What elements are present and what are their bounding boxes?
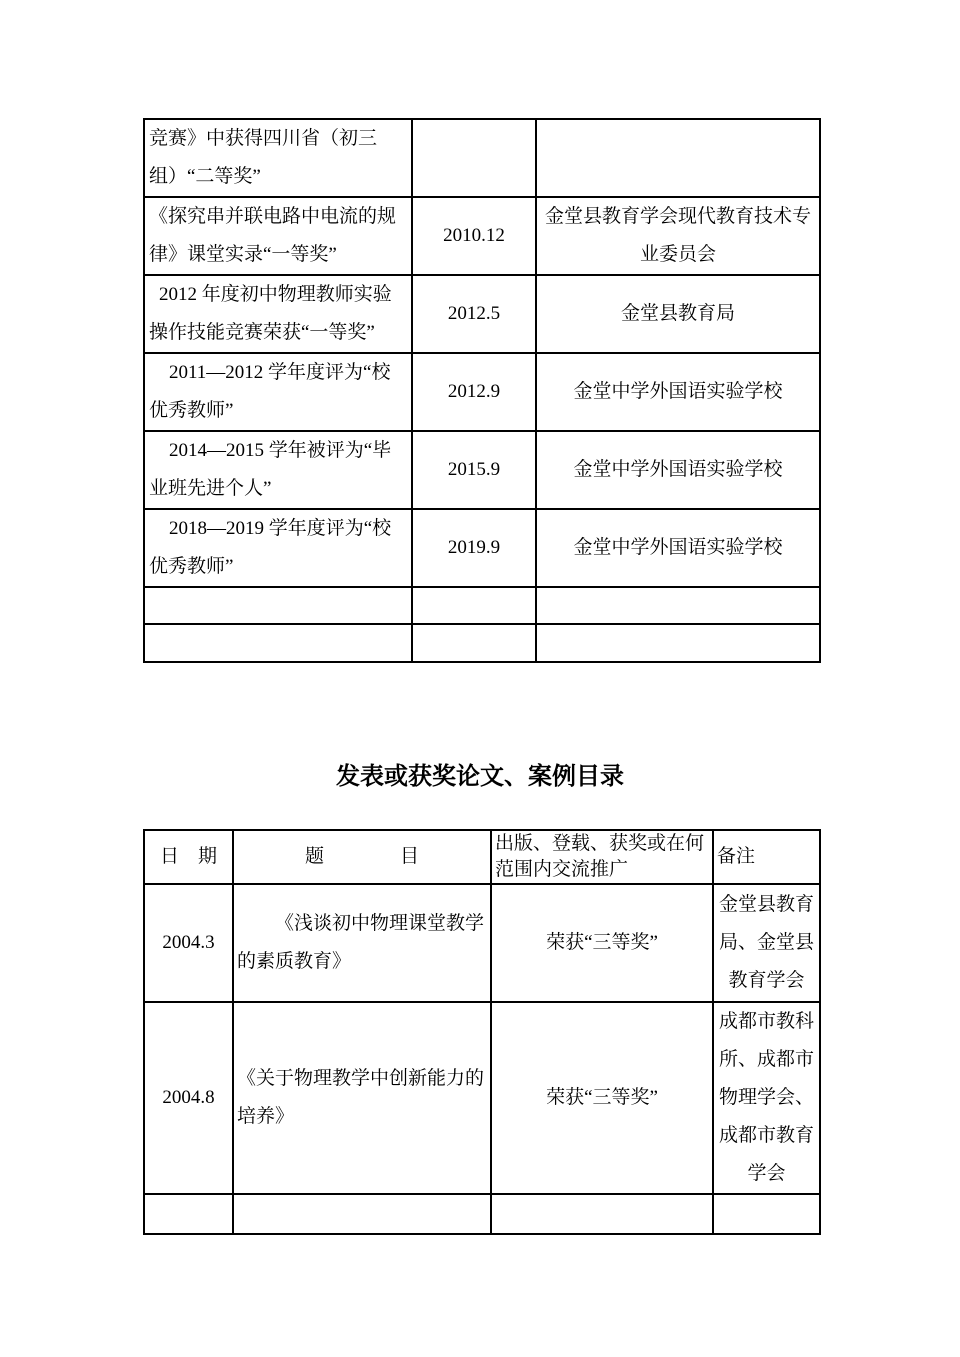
papers-row [144, 1194, 820, 1234]
awards-row [144, 624, 820, 662]
paper-note-cell: 金堂县教育 局、金堂县 教育学会 [713, 884, 820, 1002]
papers-header-row: 日 期 题 目 出版、登载、获奖或在何 范围内交流推广 备注 [144, 830, 820, 884]
award-date-cell: 2010.12 [412, 197, 536, 275]
papers-table: 日 期 题 目 出版、登载、获奖或在何 范围内交流推广 备注 2004.3 《浅… [143, 829, 821, 1235]
award-title-cell: 竞赛》中获得四川省（初三 组）“二等奖” [144, 119, 412, 197]
award-title-cell [144, 587, 412, 624]
paper-title-cell: 《浅谈初中物理课堂教学 的素质教育》 [233, 884, 491, 1002]
award-org-cell: 金堂中学外国语实验学校 [536, 353, 820, 431]
papers-row: 2004.3 《浅谈初中物理课堂教学 的素质教育》 荣获“三等奖” 金堂县教育 … [144, 884, 820, 1002]
awards-row: 2018—2019 学年度评为“校 优秀教师” 2019.9 金堂中学外国语实验… [144, 509, 820, 587]
award-org-cell: 金堂县教育学会现代教育技术专 业委员会 [536, 197, 820, 275]
papers-row: 2004.8 《关于物理教学中创新能力的 培养》 荣获“三等奖” 成都市教科 所… [144, 1002, 820, 1194]
paper-result-cell: 荣获“三等奖” [491, 884, 713, 1002]
awards-row: 2014—2015 学年被评为“毕 业班先进个人” 2015.9 金堂中学外国语… [144, 431, 820, 509]
header-date: 日 期 [144, 830, 233, 884]
paper-result-cell: 荣获“三等奖” [491, 1002, 713, 1194]
paper-result-cell [491, 1194, 713, 1234]
paper-date-cell: 2004.8 [144, 1002, 233, 1194]
award-org-cell [536, 587, 820, 624]
award-org-cell [536, 624, 820, 662]
award-title-cell: 2012 年度初中物理教师实验 操作技能竞赛荣获“一等奖” [144, 275, 412, 353]
awards-row: 《探究串并联电路中电流的规 律》课堂实录“一等奖” 2010.12 金堂县教育学… [144, 197, 820, 275]
awards-row: 竞赛》中获得四川省（初三 组）“二等奖” [144, 119, 820, 197]
awards-row: 2011—2012 学年度评为“校 优秀教师” 2012.9 金堂中学外国语实验… [144, 353, 820, 431]
header-note: 备注 [713, 830, 820, 884]
award-date-cell [412, 119, 536, 197]
awards-table: 竞赛》中获得四川省（初三 组）“二等奖” 《探究串并联电路中电流的规 律》课堂实… [143, 118, 821, 663]
paper-title-cell: 《关于物理教学中创新能力的 培养》 [233, 1002, 491, 1194]
paper-date-cell [144, 1194, 233, 1234]
paper-date-cell: 2004.3 [144, 884, 233, 1002]
award-date-cell: 2015.9 [412, 431, 536, 509]
award-org-cell: 金堂县教育局 [536, 275, 820, 353]
paper-note-cell [713, 1194, 820, 1234]
award-org-cell: 金堂中学外国语实验学校 [536, 431, 820, 509]
award-date-cell: 2019.9 [412, 509, 536, 587]
paper-note-cell: 成都市教科 所、成都市 物理学会、 成都市教育 学会 [713, 1002, 820, 1194]
award-date-cell: 2012.5 [412, 275, 536, 353]
award-org-cell [536, 119, 820, 197]
awards-row [144, 587, 820, 624]
awards-row: 2012 年度初中物理教师实验 操作技能竞赛荣获“一等奖” 2012.5 金堂县… [144, 275, 820, 353]
section-title: 发表或获奖论文、案例目录 [0, 760, 960, 794]
award-title-cell: 《探究串并联电路中电流的规 律》课堂实录“一等奖” [144, 197, 412, 275]
award-title-cell: 2018—2019 学年度评为“校 优秀教师” [144, 509, 412, 587]
award-title-cell: 2011—2012 学年度评为“校 优秀教师” [144, 353, 412, 431]
document-page: 竞赛》中获得四川省（初三 组）“二等奖” 《探究串并联电路中电流的规 律》课堂实… [0, 0, 960, 1357]
award-date-cell: 2012.9 [412, 353, 536, 431]
award-org-cell: 金堂中学外国语实验学校 [536, 509, 820, 587]
paper-title-cell [233, 1194, 491, 1234]
award-title-cell [144, 624, 412, 662]
award-date-cell [412, 624, 536, 662]
header-title: 题 目 [233, 830, 491, 884]
header-publication: 出版、登载、获奖或在何 范围内交流推广 [491, 830, 713, 884]
award-date-cell [412, 587, 536, 624]
award-title-cell: 2014—2015 学年被评为“毕 业班先进个人” [144, 431, 412, 509]
